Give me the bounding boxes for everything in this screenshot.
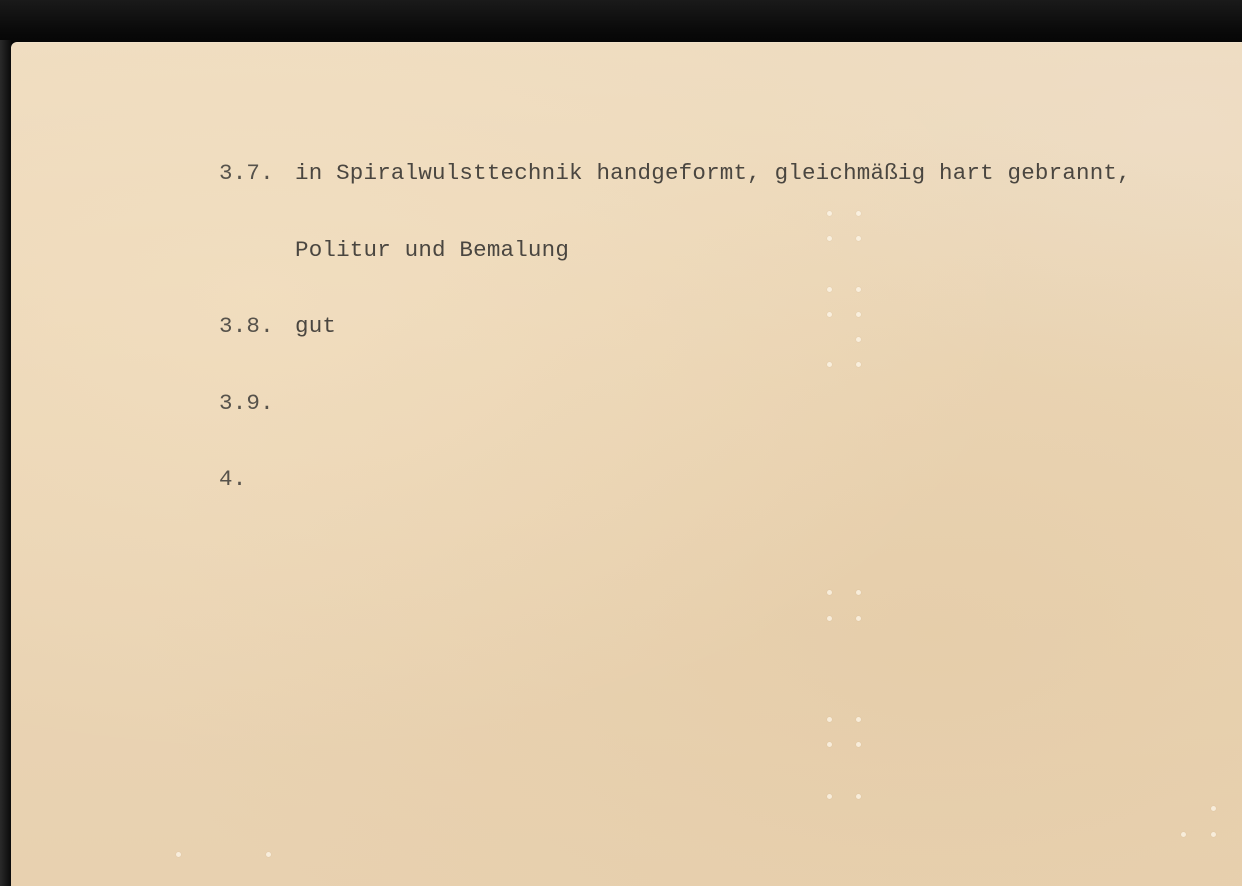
record-line-3-9: 3.9. xyxy=(219,391,1131,417)
perforation-mark xyxy=(827,794,832,799)
typed-text-block: 3.7.in Spiralwulsttechnik handgeformt, g… xyxy=(219,110,1131,518)
record-line-3-7-continued: Politur und Bemalung xyxy=(219,238,1131,264)
perforation-mark xyxy=(856,794,861,799)
perforation-mark xyxy=(1211,806,1216,811)
line-text: Politur und Bemalung xyxy=(295,238,569,264)
line-number: 4. xyxy=(219,467,295,493)
perforation-mark xyxy=(176,852,181,857)
line-number xyxy=(219,238,295,264)
line-text: gut xyxy=(295,314,336,340)
record-line-3-8: 3.8.gut xyxy=(219,314,1131,340)
line-number: 3.9. xyxy=(219,391,295,417)
perforation-mark xyxy=(856,616,861,621)
perforation-mark xyxy=(266,852,271,857)
scan-edge-left xyxy=(0,40,11,886)
line-number: 3.8. xyxy=(219,314,295,340)
perforation-mark xyxy=(827,616,832,621)
record-line-3-7: 3.7.in Spiralwulsttechnik handgeformt, g… xyxy=(219,161,1131,187)
perforation-mark xyxy=(1181,832,1186,837)
perforation-mark xyxy=(827,590,832,595)
line-text: in Spiralwulsttechnik handgeformt, gleic… xyxy=(295,161,1131,187)
perforation-mark xyxy=(856,590,861,595)
perforation-mark xyxy=(1211,832,1216,837)
line-number: 3.7. xyxy=(219,161,295,187)
perforation-mark xyxy=(856,717,861,722)
record-line-4: 4. xyxy=(219,467,1131,493)
perforation-mark xyxy=(827,742,832,747)
perforation-mark xyxy=(827,717,832,722)
perforation-mark xyxy=(856,742,861,747)
